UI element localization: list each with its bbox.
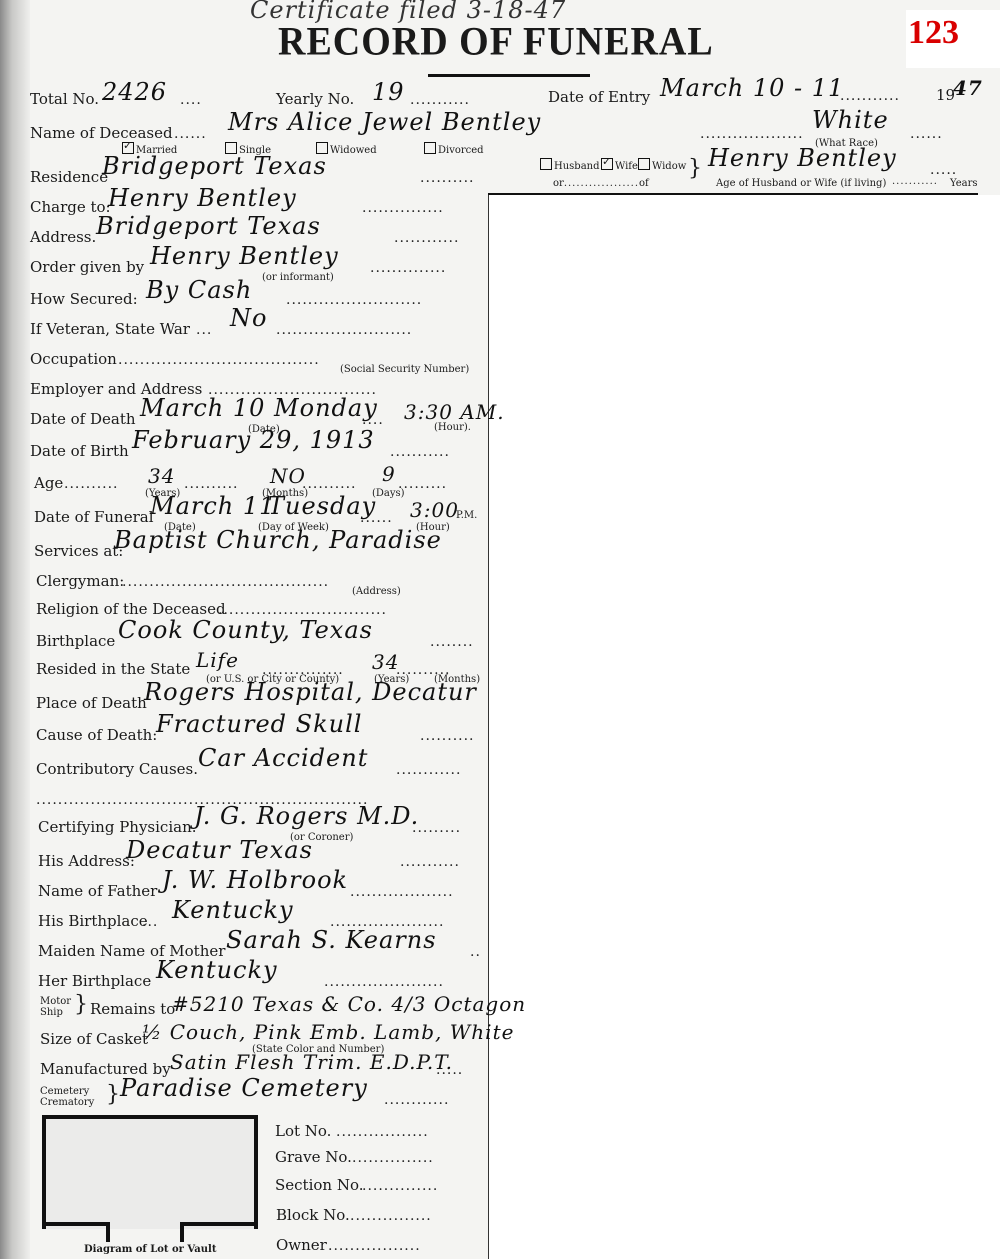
checkbox-icon [424, 142, 436, 154]
services-at-value: Baptist Church, Paradise [114, 526, 442, 554]
date-of-funeral-label: Date of Funeral [34, 508, 154, 526]
resided-value: Life [196, 648, 239, 672]
title-underline [428, 74, 590, 77]
dots: .......... [420, 728, 475, 744]
dots: ... [196, 322, 212, 338]
date-of-entry-value: March 10 - 11 [660, 74, 844, 102]
cause-of-death-label: Cause of Death: [36, 726, 157, 744]
hour-sub-label: (Hour). [434, 422, 471, 433]
address-value: Bridgeport Texas [96, 212, 321, 240]
years-label: Years [950, 178, 978, 189]
dots: ........ [430, 634, 474, 650]
dots: ...... [174, 126, 207, 142]
grave-no-field[interactable]: ............... [352, 1150, 434, 1166]
days-sub-label: (Days) [372, 488, 405, 499]
casket-size-value: ½ Couch, Pink Emb. Lamb, White [142, 1020, 514, 1044]
order-given-by-label: Order given by [30, 258, 144, 276]
name-of-deceased-label: Name of Deceased [30, 124, 173, 142]
date-of-entry-label: Date of Entry [548, 88, 650, 106]
diagram-wall [180, 1222, 254, 1226]
date-of-death-value: March 10 Monday [140, 394, 378, 422]
dots: ...... [910, 126, 943, 142]
services-at-label: Services at: [34, 542, 123, 560]
block-no-field[interactable]: ............... [350, 1208, 432, 1224]
dots: ............... [362, 200, 444, 216]
resided-label: Resided in the State [36, 660, 190, 678]
diagram-post [106, 1222, 110, 1242]
checkbox-checked-icon [601, 158, 613, 170]
certifying-physician-label: Certifying Physician. [38, 818, 197, 836]
dots: ................... [350, 884, 454, 900]
cause-of-death-value: Fractured Skull [156, 710, 362, 738]
dots: ..................................... [118, 352, 320, 368]
diagram-wall [42, 1222, 110, 1226]
dots: ........... [840, 88, 900, 104]
veteran-value: No [230, 304, 267, 332]
brace-icon: } [688, 156, 702, 181]
widow-checkbox[interactable]: Widow [638, 158, 686, 172]
certifying-physician-value: J. G. Rogers M.D. [194, 802, 419, 830]
his-address-value: Decatur Texas [126, 836, 313, 864]
casket-size-label: Size of Casket [40, 1030, 148, 1048]
father-name-label: Name of Father [38, 882, 157, 900]
wife-checkbox[interactable]: Wife [601, 158, 638, 172]
dots: .. [470, 944, 481, 960]
dots: ......................... [276, 322, 412, 338]
dots: ...................... [324, 974, 444, 990]
brace-icon: } [74, 992, 88, 1017]
mother-maiden-name-value: Sarah S. Kearns [226, 926, 437, 954]
dots: ............ [394, 230, 459, 246]
dots: ......... [412, 820, 461, 836]
dots: .......... [184, 476, 239, 492]
dots: ......... [398, 476, 447, 492]
veteran-label: If Veteran, State War [30, 320, 190, 338]
his-birthplace-label: His Birthplace [38, 912, 148, 930]
birthplace-label: Birthplace [36, 632, 115, 650]
page-title: RECORD OF FUNERAL [278, 19, 714, 65]
his-birthplace-value: Kentucky [172, 896, 294, 924]
grave-no-label: Grave No. [275, 1148, 352, 1166]
remains-to-label: Remains to [90, 1000, 175, 1018]
death-hour-value: 3:30 AM. [404, 400, 505, 424]
birthplace-value: Cook County, Texas [118, 616, 373, 644]
her-birthplace-label: Her Birthplace [38, 972, 151, 990]
contributory-causes-value: Car Accident [198, 744, 368, 772]
owner-field[interactable]: ................. [328, 1238, 421, 1254]
total-no-value: 2426 [102, 78, 167, 106]
how-secured-label: How Secured: [30, 290, 138, 308]
race-value: White [812, 106, 889, 134]
her-birthplace-value: Kentucky [156, 956, 278, 984]
address-sub-label: (Address) [352, 586, 401, 597]
total-no-label: Total No. [30, 90, 99, 108]
age-years-value: 34 [148, 464, 175, 488]
lot-no-label: Lot No. [275, 1122, 331, 1140]
dots: ................... [700, 126, 804, 142]
dots: .... [180, 92, 202, 108]
spouse-name-value: Henry Bentley [708, 144, 897, 172]
age-months-value: NO [270, 464, 306, 488]
spouse-age-label: Age of Husband or Wife (if living) [716, 178, 886, 189]
checkbox-icon [638, 158, 650, 170]
dots: ... [142, 914, 158, 930]
remains-to-value: #5210 Texas & Co. 4/3 Octagon [172, 992, 526, 1016]
age-label: Age [34, 474, 63, 492]
lot-no-field[interactable]: ................. [336, 1124, 429, 1140]
father-name-value: J. W. Holbrook [162, 866, 348, 894]
diagram-label: Diagram of Lot or Vault [84, 1244, 216, 1255]
address-label: Address. [30, 228, 96, 246]
place-of-death-label: Place of Death [36, 694, 147, 712]
section-no-label: Section No. [275, 1176, 364, 1194]
dots: .......... [420, 170, 475, 186]
dots: ........... [390, 444, 450, 460]
ssn-label: (Social Security Number) [340, 364, 469, 375]
page-number: 123 [908, 14, 959, 52]
funeral-pm-label: P.M. [456, 510, 477, 521]
or-informant-label: (or informant) [262, 272, 334, 283]
funeral-date-value: March 11 [150, 492, 275, 520]
age-days-value: 9 [382, 462, 396, 486]
date-of-birth-value: February 29, 1913 [132, 426, 375, 454]
dots: ......................... [286, 292, 422, 308]
dots: ........... [892, 176, 938, 187]
yearly-no-value: 19 [372, 78, 405, 106]
section-no-field[interactable]: .............. [362, 1178, 438, 1194]
funeral-hour-value: 3:00 [410, 498, 459, 522]
or-label: or..................of [553, 178, 649, 189]
residence-label: Residence [30, 168, 108, 186]
date-of-birth-label: Date of Birth [30, 442, 129, 460]
place-of-death-value: Rogers Hospital, Decatur [144, 678, 477, 706]
contributory-causes-label: Contributory Causes. [36, 760, 198, 778]
residence-value: Bridgeport Texas [102, 152, 327, 180]
divorced-checkbox[interactable]: Divorced [424, 142, 484, 156]
dots: ...... [360, 510, 393, 526]
cemetery-value: Paradise Cemetery [120, 1074, 368, 1102]
deceased-name-value: Mrs Alice Jewel Bentley [228, 108, 541, 136]
block-no-label: Block No. [276, 1206, 350, 1224]
how-secured-value: By Cash [146, 276, 252, 304]
diagram-post [180, 1222, 184, 1242]
checkbox-icon [540, 158, 552, 170]
his-address-label: His Address: [38, 852, 135, 870]
dots: .............. [370, 260, 446, 276]
husband-checkbox[interactable]: Husband [540, 158, 600, 172]
charge-to-value: Henry Bentley [108, 184, 297, 212]
divider-rule [488, 193, 978, 195]
dots: ............ [396, 762, 461, 778]
dots: ........... [410, 92, 470, 108]
dots: ........... [400, 854, 460, 870]
dots: ............ [384, 1092, 449, 1108]
dots: ...................................... [122, 574, 329, 590]
blank-right-panel [488, 195, 1000, 1259]
year-suffix: 47 [953, 76, 983, 100]
dots: ..... [436, 1062, 463, 1078]
owner-label: Owner [276, 1236, 327, 1254]
page-binding-shadow [0, 0, 30, 1259]
dots: .......... [64, 476, 119, 492]
yearly-no-label: Yearly No. [276, 90, 354, 108]
lot-diagram [42, 1115, 258, 1229]
brace-icon: } [106, 1082, 120, 1107]
clergyman-label: Clergyman: [36, 572, 124, 590]
cemetery-crematory-label: CemeteryCrematory [40, 1086, 94, 1108]
motor-ship-label: MotorShip [40, 996, 71, 1018]
date-of-death-label: Date of Death [30, 410, 136, 428]
manufactured-by-value: Satin Flesh Trim. E.D.P.T. [170, 1050, 453, 1074]
occupation-label: Occupation [30, 350, 117, 368]
order-given-by-value: Henry Bentley [150, 242, 339, 270]
dots: .......... [302, 476, 357, 492]
